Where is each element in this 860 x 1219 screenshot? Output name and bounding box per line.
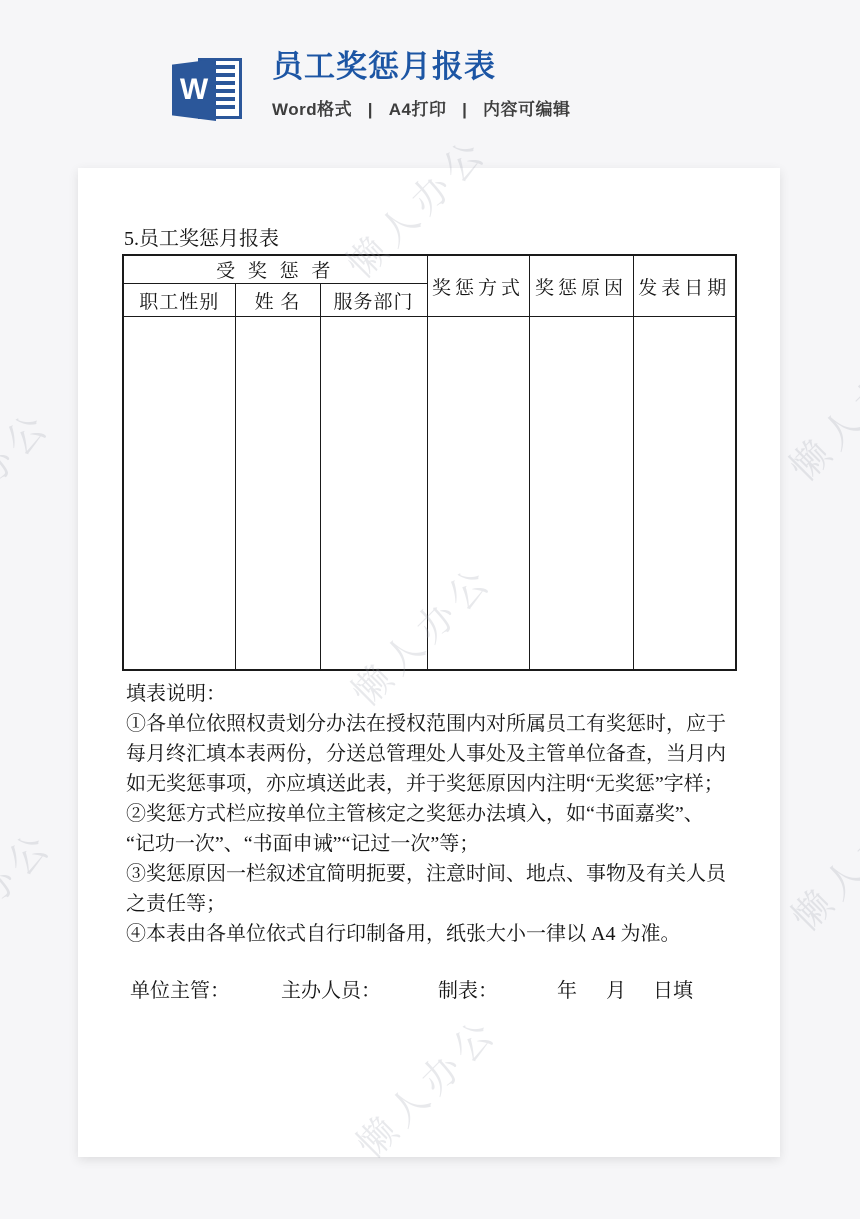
table-header-row-1: 受 奖 惩 者 奖惩方式 奖惩原因 发表日期 xyxy=(123,255,736,284)
signature-year-label: 年 xyxy=(557,974,577,1003)
template-header: 员工奖惩月报表 Word格式 | A4打印 | 内容可编辑 xyxy=(272,48,571,120)
table-empty-cell xyxy=(529,317,633,671)
template-subtitle: Word格式 | A4打印 | 内容可编辑 xyxy=(272,95,571,120)
template-title: 员工奖惩月报表 xyxy=(272,48,571,86)
watermark: 懒人办公 xyxy=(0,395,61,561)
note-line: ④本表由各单位依式自行印制备用，纸张大小一律以 A4 为准。 xyxy=(126,919,751,949)
table-empty-cell xyxy=(320,317,427,671)
document-heading: 5.员工奖惩月报表 xyxy=(124,222,279,251)
note-line: 之责任等； xyxy=(126,889,751,919)
word-icon: W xyxy=(172,56,244,124)
table-empty-cell xyxy=(235,317,320,671)
signature-month-label: 月 xyxy=(606,974,626,1003)
column-header-employee-gender: 职工性别 xyxy=(123,284,235,317)
watermark: 懒人办公 xyxy=(777,775,860,941)
signature-handler-label: 主办人员： xyxy=(281,974,381,1003)
note-line: ②奖惩方式栏应按单位主管核定之奖惩办法填入，如“书面嘉奖”、 xyxy=(126,799,751,829)
notes-title: 填表说明： xyxy=(126,679,751,709)
fill-instructions: 填表说明： ①各单位依照权责划分办法在授权范围内对所属员工有奖惩时，应于 每月终… xyxy=(126,679,751,949)
column-header-department: 服务部门 xyxy=(320,284,427,317)
group-header-recipient: 受 奖 惩 者 xyxy=(123,255,427,284)
document-page: 5.员工奖惩月报表 受 奖 惩 者 奖惩方式 奖惩原因 发表日期 职工性别 姓 … xyxy=(78,168,780,1157)
column-header-name: 姓 名 xyxy=(235,284,320,317)
watermark: 懒人办公 xyxy=(0,815,63,981)
table-empty-row xyxy=(123,317,736,671)
watermark: 懒人办公 xyxy=(775,325,860,491)
signature-preparer-label: 制表： xyxy=(438,974,498,1003)
note-line: 如无奖惩事项，亦应填送此表，并于奖惩原因内注明“无奖惩”字样； xyxy=(126,769,751,799)
preview-background: W 员工奖惩月报表 Word格式 | A4打印 | 内容可编辑 5.员工奖惩月报… xyxy=(0,0,860,1219)
word-icon-letter: W xyxy=(180,73,208,107)
signature-supervisor-label: 单位主管： xyxy=(130,974,230,1003)
note-line: ①各单位依照权责划分办法在授权范围内对所属员工有奖惩时，应于 xyxy=(126,709,751,739)
signature-line: 单位主管： 主办人员： 制表： 年 月 日填 xyxy=(130,974,693,1003)
table-empty-cell xyxy=(123,317,235,671)
table-empty-cell xyxy=(633,317,736,671)
table-empty-cell xyxy=(427,317,529,671)
column-header-reward-reason: 奖惩原因 xyxy=(529,255,633,317)
signature-day-label: 日填 xyxy=(653,974,693,1003)
note-line: 每月终汇填本表两份，分送总管理处人事处及主管单位备查，当月内 xyxy=(126,739,751,769)
note-line: ③奖惩原因一栏叙述宜简明扼要，注意时间、地点、事物及有关人员 xyxy=(126,859,751,889)
note-line: “记功一次”、“书面申诫”“记过一次”等； xyxy=(126,829,751,859)
word-icon-flap: W xyxy=(172,59,216,121)
reward-punishment-table: 受 奖 惩 者 奖惩方式 奖惩原因 发表日期 职工性别 姓 名 服务部门 xyxy=(122,254,737,671)
column-header-reward-method: 奖惩方式 xyxy=(427,255,529,317)
column-header-publish-date: 发表日期 xyxy=(633,255,736,317)
